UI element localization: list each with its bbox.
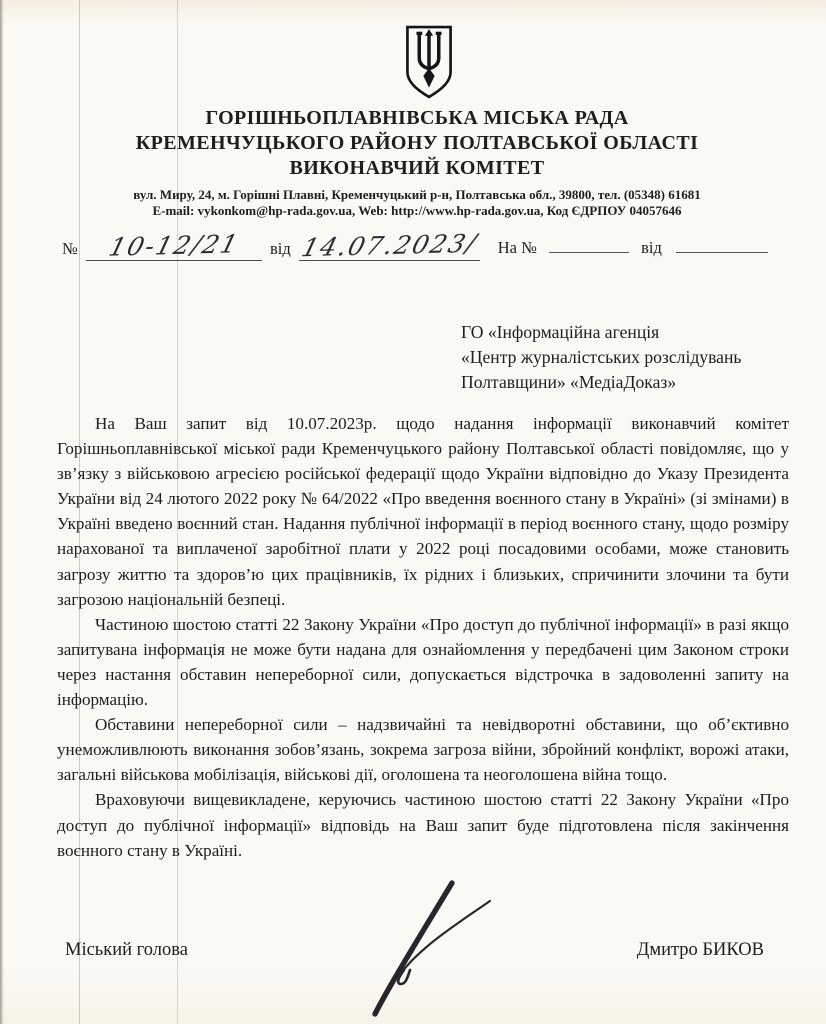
signer-position: Міський голова (65, 940, 188, 961)
signer-name: Дмитро БИКОВ (637, 940, 764, 961)
letterhead: ГОРІШНЬОПЛАВНІВСЬКА МІСЬКА РАДА КРЕМЕНЧУ… (48, 106, 786, 218)
recipient-line3: Полтавщини» «МедіаДоказ» (461, 370, 741, 395)
handwritten-ref-date: 14.07.2023/ (299, 232, 480, 261)
ref-number-slot: 10-12/21 (86, 234, 262, 261)
org-name-line3: ВИКОНАВЧИЙ КОМІТЕТ (48, 156, 786, 181)
scanned-letter-page: ГОРІШНЬОПЛАВНІВСЬКА МІСЬКА РАДА КРЕМЕНЧУ… (0, 0, 826, 1024)
letter-body: На Ваш запит від 10.07.2023р. щодо надан… (57, 411, 789, 863)
handwritten-signature-icon (358, 874, 503, 1024)
reply-date-label: від (641, 238, 662, 257)
org-name-line1: ГОРІШНЬОПЛАВНІВСЬКА МІСЬКА РАДА (48, 106, 786, 131)
recipient-block: ГО «Інформаційна агенція «Центр журналіс… (461, 320, 741, 395)
ref-number-label: № (62, 239, 78, 258)
body-paragraph-2: Частиною шостою статті 22 Закону України… (57, 612, 789, 712)
outgoing-reference: № 10-12/21 від 14.07.2023/ (62, 234, 484, 261)
recipient-line2: «Центр журналістських розслідувань (461, 345, 741, 370)
body-paragraph-3: Обставини непереборної сили – надзвичайн… (57, 712, 789, 787)
ref-date-label: від (270, 239, 291, 258)
org-address: вул. Миру, 24, м. Горішні Плавні, Кремен… (48, 187, 786, 203)
body-paragraph-4: Враховуючи вищевикладене, керуючись част… (57, 787, 789, 862)
reference-row: № 10-12/21 від 14.07.2023/ На № від (62, 234, 768, 261)
recipient-line1: ГО «Інформаційна агенція (461, 320, 741, 345)
handwritten-ref-number: 10-12/21 (106, 232, 241, 259)
incoming-reference: На № від (498, 238, 768, 261)
reply-number-blank (549, 239, 629, 253)
org-name-line2: КРЕМЕНЧУЦЬКОГО РАЙОНУ ПОЛТАВСЬКОЇ ОБЛАСТ… (48, 131, 786, 156)
body-paragraph-1: На Ваш запит від 10.07.2023р. щодо надан… (57, 411, 789, 612)
reply-date-blank (676, 239, 768, 253)
ukraine-trident-emblem-icon (404, 24, 454, 100)
reply-number-label: На № (498, 238, 537, 257)
ref-date-slot: 14.07.2023/ (299, 234, 481, 261)
org-contacts: E-mail: vykonkom@hp-rada.gov.ua, Web: ht… (48, 203, 786, 219)
